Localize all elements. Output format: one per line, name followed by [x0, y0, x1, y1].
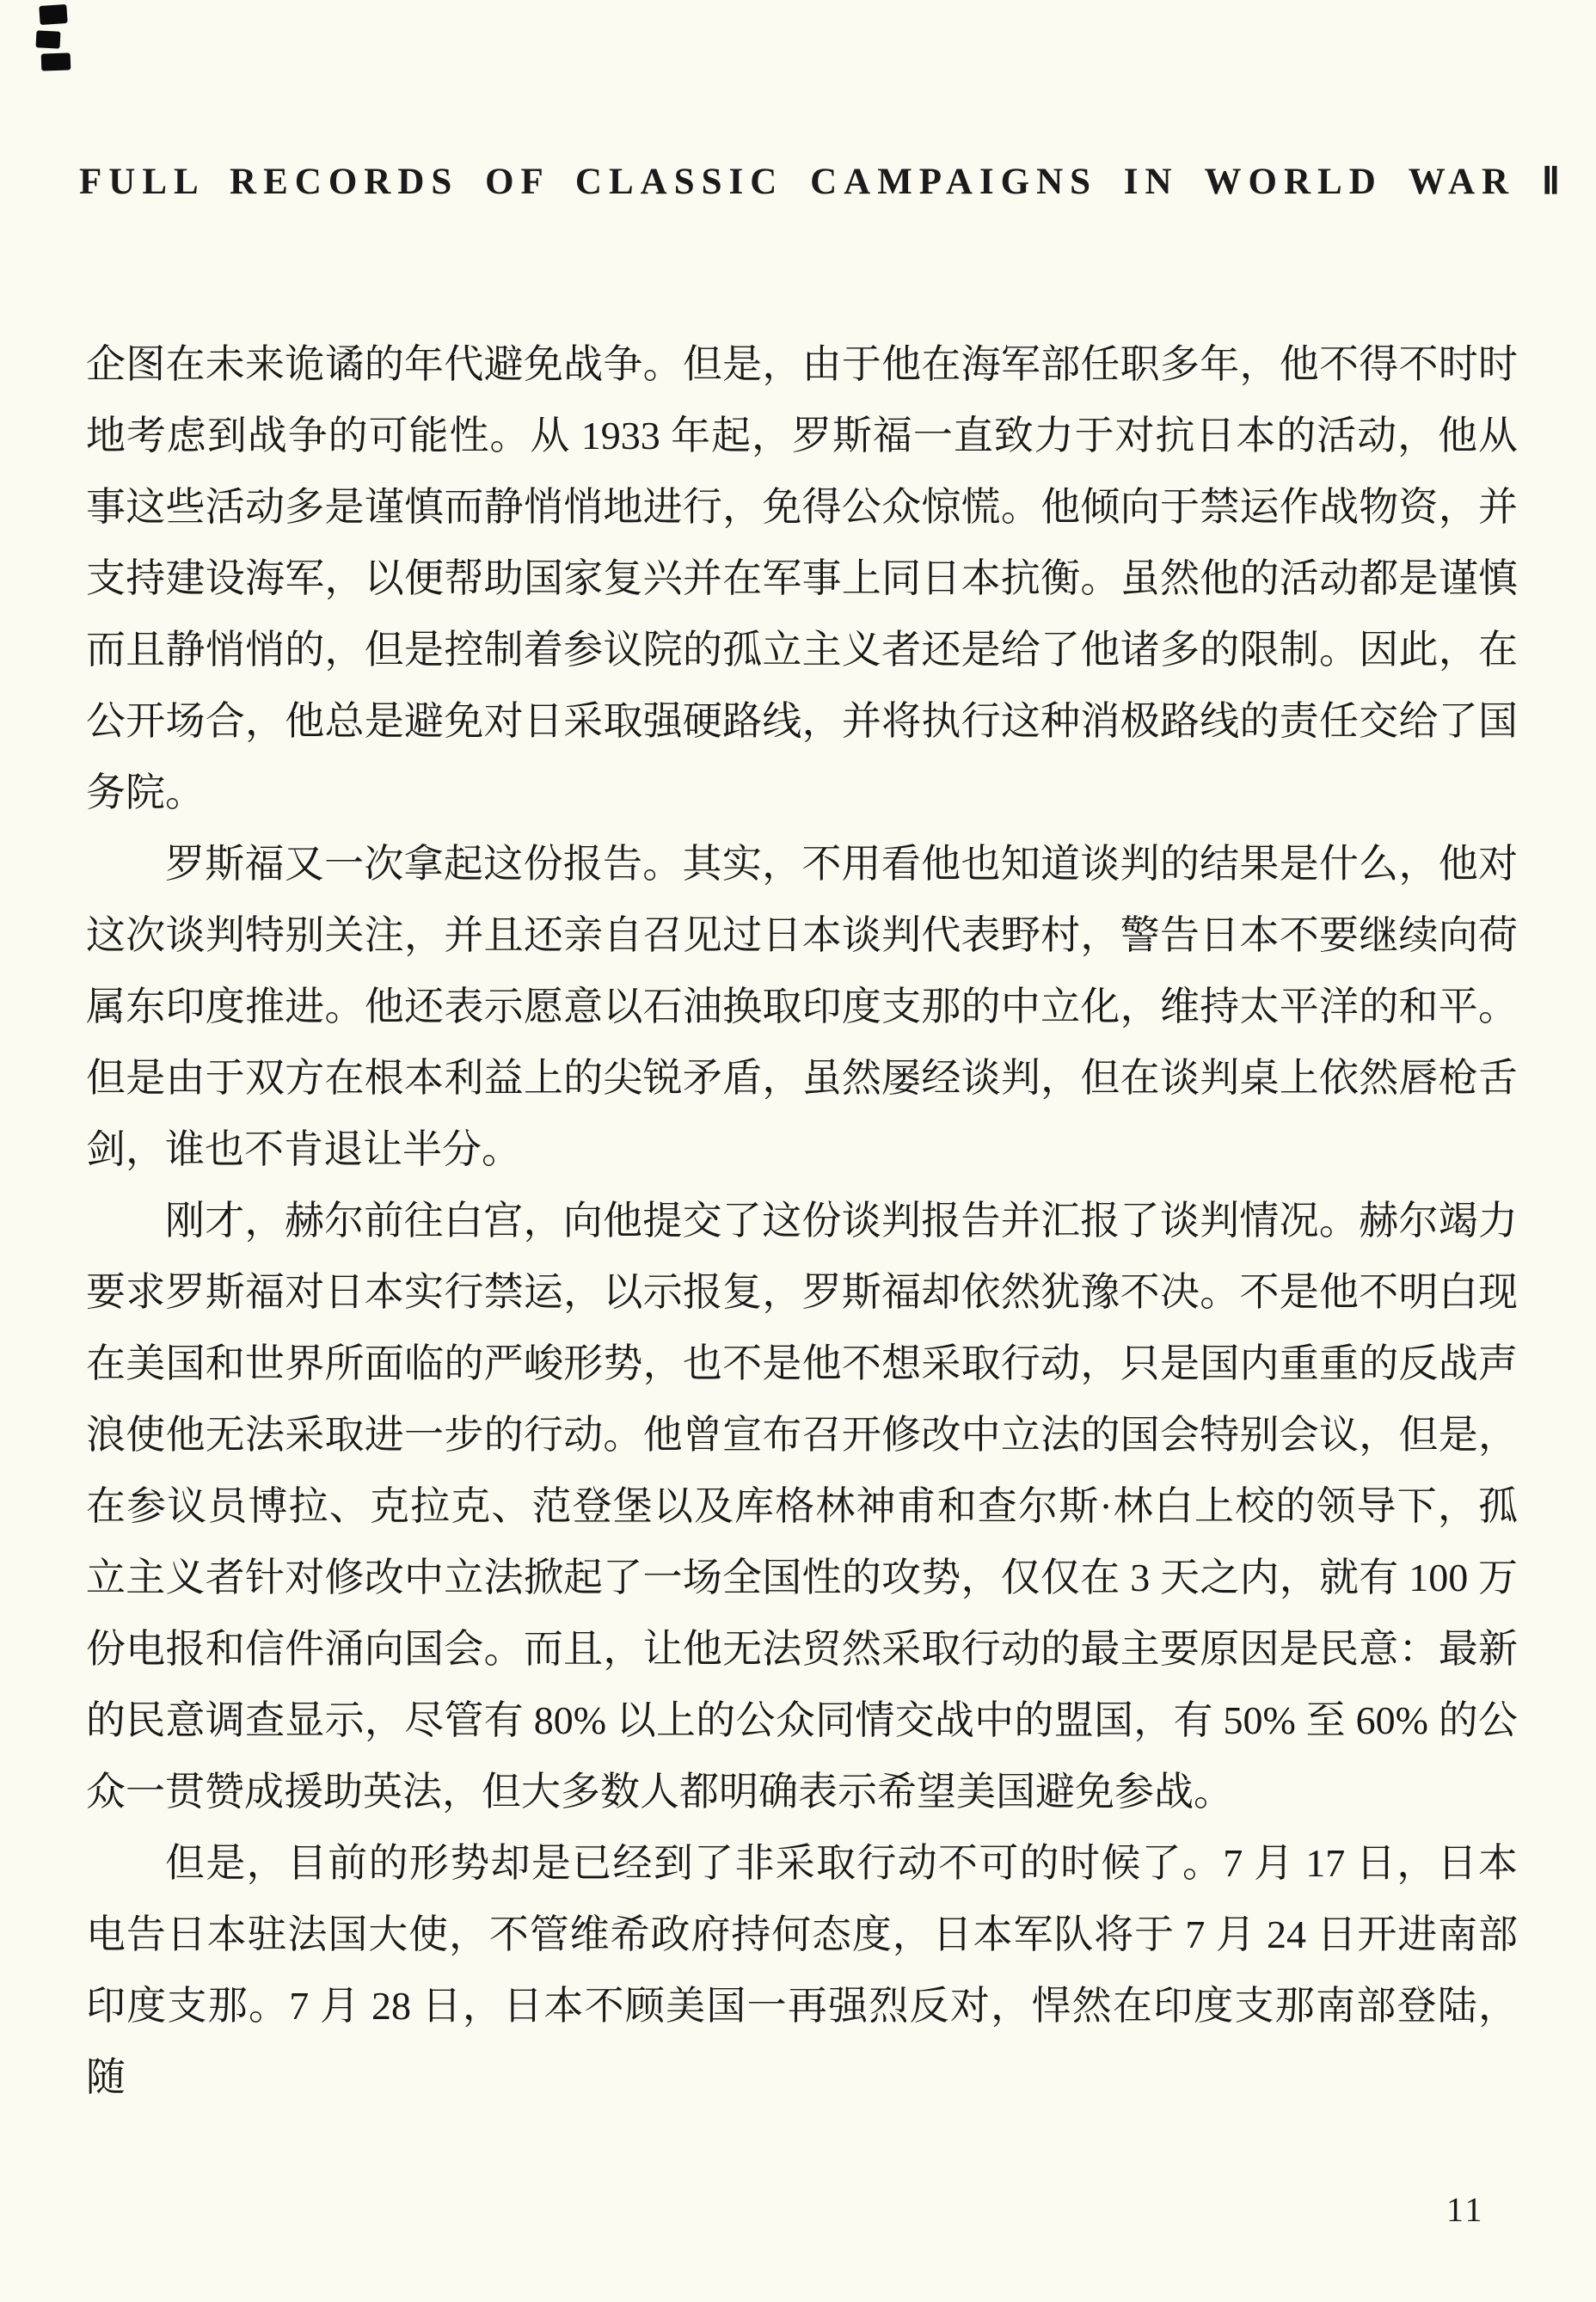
scan-artifact: [35, 30, 60, 48]
paragraph: 企图在未来诡谲的年代避免战争。但是，由于他在海军部任职多年，他不得不时时地考虑到…: [86, 328, 1518, 828]
scan-artifact: [41, 52, 71, 71]
paragraph: 刚才，赫尔前往白宫，向他提交了这份谈判报告并汇报了谈判情况。赫尔竭力要求罗斯福对…: [86, 1185, 1518, 1827]
paragraph: 罗斯福又一次拿起这份报告。其实，不用看他也知道谈判的结果是什么，他对这次谈判特别…: [86, 828, 1518, 1185]
scan-artifact: [39, 4, 67, 25]
page-number: 11: [1446, 2189, 1485, 2230]
running-head-title: FULL RECORDS OF CLASSIC CAMPAIGNS IN WOR…: [79, 160, 1541, 203]
paragraph: 但是，目前的形势却是已经到了非采取行动不可的时候了。7 月 17 日，日本电告日…: [86, 1827, 1518, 2113]
page-body: 企图在未来诡谲的年代避免战争。但是，由于他在海军部任职多年，他不得不时时地考虑到…: [86, 328, 1518, 2113]
